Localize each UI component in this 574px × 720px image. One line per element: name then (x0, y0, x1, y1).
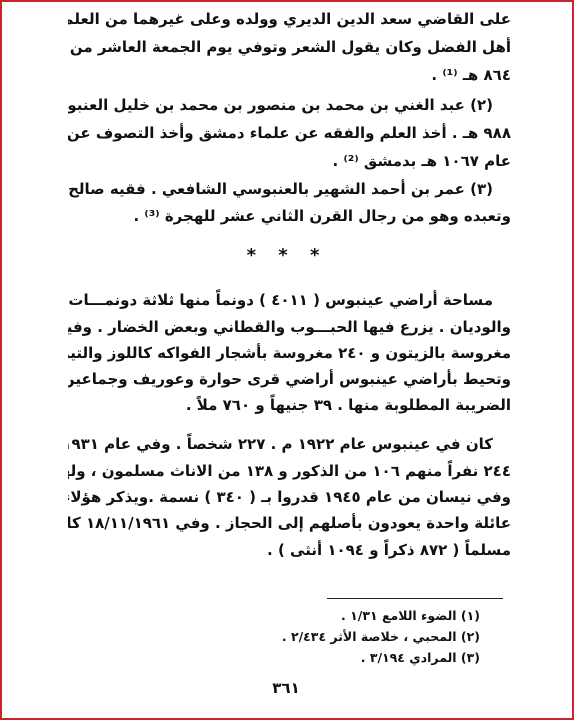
text-line: (٢) عبد الغني بن محمد بن منصور بن محمد ب… (68, 92, 511, 118)
footnote-2: (٢) المحبي ، خلاصة الأثر ٢/٤٣٤ . (282, 626, 480, 647)
text-line: على القاضي سعد الدين الديري وولده وعلى غ… (68, 6, 511, 32)
text-line: مسلماً ( ٨٧٢ ذكراً و ١٠٩٤ أنثى ) . (68, 537, 511, 563)
page-number: ٣٦١ (264, 679, 308, 697)
section-separator: * * * (2, 245, 572, 266)
text-line: مساحة أراضي عينبوس ( ٤٠١١ ) دونماً منها … (68, 287, 511, 313)
text-line: مغروسة بالزيتون و ٢٤٠ مغروسة بأشجار الفو… (68, 340, 511, 366)
footnotes: (١) الضوء اللامع ١/٣١ . (٢) المحبي ، خلا… (282, 605, 480, 668)
text-line: والوديان . يزرع فيها الحبـــوب والقطاني … (68, 314, 511, 340)
text-line: (٣) عمر بن أحمد الشهير بالعنبوسي الشافعي… (68, 176, 511, 202)
text-line: وفي نيسان من عام ١٩٤٥ قدروا بـ ( ٣٤٠ ) ن… (68, 484, 511, 510)
text-line: ٩٨٨ هـ . أخذ العلم والفقه عن علماء دمشق … (68, 120, 511, 146)
text-line: ٢٤٤ نفراً منهم ١٠٦ من الذكور و ١٣٨ من ال… (68, 458, 511, 484)
text-line: عام ١٠٦٧ هـ بدمشق ⁽²⁾ . (68, 148, 511, 174)
text-line: وتحيط بأراضي عينبوس أراضي قرى حوارة وعور… (68, 366, 511, 392)
footnote-3: (٣) المرادي ٣/١٩٤ . (282, 647, 480, 668)
text-line: أهل الفضل وكان يقول الشعر وتوفي يوم الجم… (68, 34, 511, 60)
footnote-1: (١) الضوء اللامع ١/٣١ . (282, 605, 480, 626)
page-frame: على القاضي سعد الدين الديري وولده وعلى غ… (0, 0, 574, 720)
text-line: وتعبده وهو من رجال القرن الثاني عشر للهج… (68, 203, 511, 229)
text-line: عائلة واحدة يعودون بأصلهم إلى الحجاز . و… (68, 510, 511, 536)
text-line: ٨٦٤ هـ ⁽¹⁾ . (68, 62, 511, 88)
footnote-divider (327, 598, 503, 599)
text-line: كان في عينبوس عام ١٩٢٢ م . ٢٢٧ شخصاً . و… (68, 431, 511, 457)
text-line: الضريبة المطلوبة منها . ٣٩ جنيهاً و ٧٦٠ … (68, 392, 511, 418)
